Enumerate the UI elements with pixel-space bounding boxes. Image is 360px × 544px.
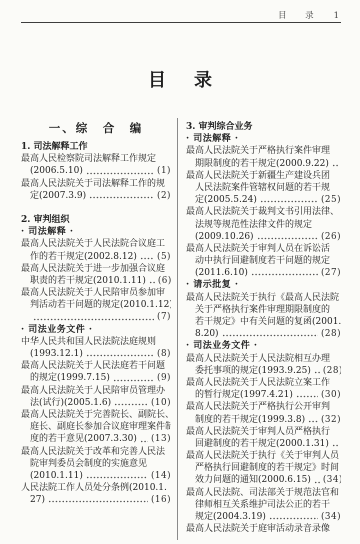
toc-entry: 最高人民法院关于庭审活动录音录像 [186, 523, 341, 535]
entry-line: 的暂行规定(1997.4.21)(30) [186, 389, 341, 401]
entry-line: 中华人民共和国人民法院法庭规则 [21, 336, 171, 348]
entry-page-number: (7) [157, 311, 171, 323]
entry-line: (2009.10.26)(26) [186, 231, 341, 243]
entry-line: 最高人民法院关于人民陪审员参加审 [21, 287, 171, 299]
entry-line: 最高人民法院关于人民法庭若干问题 [21, 360, 171, 372]
entry-page-number: (13) [151, 433, 171, 445]
dot-leader [113, 372, 154, 384]
dot-leader [140, 433, 148, 445]
entry-line: 人民法院案件管辖权问题的若干规 [186, 182, 341, 194]
category-label: · 司法解释 · [186, 133, 341, 145]
toc-entry: 最高人民法院关于新疆生产建设兵团人民法院案件管辖权问题的若干规定(2005.5.… [186, 170, 341, 207]
dot-leader [314, 365, 320, 377]
entry-line: 判活动若干问题的规定(2010.1.12) [21, 299, 171, 311]
entry-line: 27)(16) [21, 494, 171, 506]
entry-line-text: 法(试行)(2005.1.6) [30, 397, 111, 409]
category-label: · 司法解释 · [21, 226, 171, 238]
entry-line: 最高人民法院关于严格执行案件审理 [186, 145, 341, 157]
toc-entry: 最高人民法院关于改革和完善人民法院审判委员会制度的实施意见(2010.1.11)… [21, 446, 171, 483]
toc-entry: 最高人民法院关于审判人员在诉讼活动中执行回避制度若干问题的规定(2011.6.1… [186, 243, 341, 280]
entry-line: 最高人民法院关于司法解释工作的规 [21, 178, 171, 190]
dot-leader [86, 348, 154, 360]
entry-line: 职责的若干规定(2010.1.11)(6) [21, 275, 171, 287]
entry-line: 庭长、副庭长参加合议庭审理案件制 [21, 421, 171, 433]
toc-entry: 人民法院工作人员处分条例(2010.1.27)(16) [21, 482, 171, 506]
entry-line: 最高人民法院关于庭审活动录音录像 [186, 523, 341, 535]
dot-leader [296, 389, 318, 401]
entry-line-text: (1993.12.1) [30, 348, 83, 360]
entry-page-number: (34) [321, 511, 341, 523]
entry-line: 最高人民法院关于执行《最高人民法院 [186, 292, 341, 304]
entry-line: 最高人民法院关于审判人员在诉讼活 [186, 243, 341, 255]
category-label: · 请示批复 · [186, 279, 341, 291]
entry-line: (2010.1.11)(14) [21, 470, 171, 482]
dot-leader [257, 231, 318, 243]
entry-line: 最高人民法院关于新疆生产建设兵团 [186, 170, 341, 182]
entry-line-text: 的规定(1999.7.15) [30, 372, 110, 384]
entry-line-text: 度的若干意见(2007.3.30) [30, 433, 137, 445]
toc-entry: 中华人民共和国人民法院法庭规则(1993.12.1)(8) [21, 336, 171, 360]
dot-leader [140, 251, 154, 263]
toc-entry: 最高人民法院关于进一步加强合议庭职责的若干规定(2010.1.11)(6) [21, 263, 171, 287]
entry-line: 度的若干意见(2007.3.30)(13) [21, 433, 171, 445]
entry-line: 的规定(1999.7.15)(9) [21, 372, 171, 384]
dot-leader [86, 165, 154, 177]
entry-page-number: (27) [321, 267, 341, 279]
entry-line: 法规等规范性法律文件的规定 [186, 219, 341, 231]
entry-page-number: (14) [151, 470, 171, 482]
dot-leader [332, 158, 338, 170]
dot-leader [86, 470, 148, 482]
dot-leader [260, 194, 318, 206]
entry-line: 最高人民法院关于执行《关于审判人员 [186, 450, 341, 462]
entry-page-number: (25) [321, 194, 341, 206]
subsection-heading: 1. 司法解释工作 [21, 141, 171, 153]
entry-line: 效力问题的通知(2000.6.15)(34) [186, 474, 341, 486]
page-title: 目 录 [0, 66, 360, 92]
entry-line: 院审判委员会制度的实施意见 [21, 458, 171, 470]
entry-page-number: (6) [158, 275, 171, 287]
entry-page-number: (16) [151, 494, 171, 506]
entry-page-number: (1) [157, 165, 171, 177]
entry-line: 规定(2004.3.19)(34) [186, 511, 341, 523]
entry-line: (2006.5.10)(1) [21, 165, 171, 177]
toc-entry: 最高人民法院关于人民陪审员管理办法(试行)(2005.1.6)(10) [21, 385, 171, 409]
section-heading: 一、综 合 编 [21, 121, 171, 135]
entry-page-number: (28) [321, 328, 341, 340]
category-label: · 司法业务文件 · [186, 340, 341, 352]
toc-right-column: 3. 审判综合业务· 司法解释 ·最高人民法院关于严格执行案件审理期限制度的若干… [178, 118, 341, 540]
dot-leader [314, 474, 320, 486]
entry-line: 最高人民检察院司法解释工作规定 [21, 153, 171, 165]
dot-leader [149, 275, 155, 287]
toc-entry: 最高人民法院关于严格执行案件审理期限制度的若干规定(2000.9.22)(23) [186, 145, 341, 169]
entry-line: 法(试行)(2005.1.6)(10) [21, 397, 171, 409]
toc-entry: 最高人民法院关于裁判文书引用法律、法规等规范性法律文件的规定(2009.10.2… [186, 206, 341, 243]
entry-line: 动中执行回避制度若干问题的规定 [186, 255, 341, 267]
toc-entry: 最高人民法院关于人民法院相互办理委托事项的规定(1993.9.25)(28) [186, 353, 341, 377]
entry-line: 定(2005.5.24)(25) [186, 194, 341, 206]
entry-line: (7) [21, 311, 171, 323]
running-head: 目 录 1 [278, 9, 339, 21]
entry-line-text: 的暂行规定(1997.4.21) [195, 389, 293, 401]
toc-left-column: 一、综 合 编1. 司法解释工作最高人民检察院司法解释工作规定(2006.5.1… [21, 118, 171, 540]
entry-line: 最高人民法院关于人民法院立案工作 [186, 377, 341, 389]
entry-line-text: 期限制度的若干规定(2000.9.22) [195, 158, 329, 170]
entry-line: 关于严格执行案件审理期限制度的 [186, 304, 341, 316]
entry-line: 最高人民法院关于完善院长、副院长、 [21, 409, 171, 421]
entry-line: 8.20)(28) [186, 328, 341, 340]
entry-page-number: (26) [321, 231, 341, 243]
dot-leader [332, 438, 338, 450]
entry-line-text: (2009.10.26) [195, 231, 254, 243]
dot-leader [251, 267, 318, 279]
entry-line: 最高人民法院关于进一步加强合议庭 [21, 263, 171, 275]
toc-entry: 最高人民法院关于严格执行公开审判制度的若干规定(1999.3.8)(32) [186, 401, 341, 425]
entry-line: 最高人民法院关于改革和完善人民法 [21, 446, 171, 458]
header-rule [21, 22, 341, 23]
toc-entry: 最高人民法院关于执行《关于审判人员严格执行回避制度的若干规定》时间效力问题的通知… [186, 450, 341, 487]
toc-columns: 一、综 合 编1. 司法解释工作最高人民检察院司法解释工作规定(2006.5.1… [21, 118, 341, 540]
subsection-heading: 3. 审判综合业务 [186, 121, 341, 133]
dot-leader [269, 511, 318, 523]
toc-entry: 最高人民检察院司法解释工作规定(2006.5.10)(1) [21, 153, 171, 177]
running-head-title: 目 录 [278, 9, 319, 21]
entry-line-text: 定(2005.5.24) [195, 194, 257, 206]
entry-line-text: 作的若干规定(2002.8.12) [30, 251, 137, 263]
entry-line: 最高人民法院关于人民法院合议庭工 [21, 238, 171, 250]
toc-entry: 最高人民法院关于人民法院立案工作的暂行规定(1997.4.21)(30) [186, 377, 341, 401]
entry-line-text: 委托事项的规定(1993.9.25) [195, 365, 311, 377]
entry-line: 最高人民法院关于裁判文书引用法律、 [186, 206, 341, 218]
toc-entry: 最高人民法院关于审判人员严格执行回避制度的若干规定(2000.1.31)(33) [186, 426, 341, 450]
toc-entry: 最高人民法院关于人民法庭若干问题的规定(1999.7.15)(9) [21, 360, 171, 384]
toc-entry: 最高人民法院、司法部关于规范法官和律师相互关系维护司法公正的若干规定(2004.… [186, 487, 341, 524]
toc-entry: 最高人民法院关于人民法院合议庭工作的若干规定(2002.8.12)(5) [21, 238, 171, 262]
entry-line-text: 规定(2004.3.19) [195, 511, 266, 523]
dot-leader [48, 494, 148, 506]
dot-leader [222, 328, 318, 340]
entry-page-number: (30) [321, 389, 341, 401]
toc-entry: 最高人民法院关于司法解释工作的规定(2007.3.9)(2) [21, 178, 171, 202]
entry-line: 严格执行回避制度的若干规定》时间 [186, 462, 341, 474]
entry-page-number: (34) [323, 474, 341, 486]
entry-line-text: (2010.1.11) [30, 470, 83, 482]
entry-line: 律师相互关系维护司法公正的若干 [186, 499, 341, 511]
dot-leader [33, 311, 154, 323]
entry-line-text: 27) [30, 494, 45, 506]
entry-line: 最高人民法院关于人民陪审员管理办 [21, 385, 171, 397]
entry-line: 最高人民法院关于人民法院相互办理 [186, 353, 341, 365]
dot-leader [114, 397, 148, 409]
category-label: · 司法业务文件 · [21, 324, 171, 336]
entry-page-number: (28) [323, 365, 341, 377]
entry-line: (2011.6.10)(27) [186, 267, 341, 279]
entry-line-text: (2011.6.10) [195, 267, 248, 279]
entry-line: (1993.12.1)(8) [21, 348, 171, 360]
subsection-heading: 2. 审判组织 [21, 214, 171, 226]
entry-line-text: 8.20) [195, 328, 219, 340]
entry-line: 期限制度的若干规定(2000.9.22)(23) [186, 158, 341, 170]
entry-line: 最高人民法院关于审判人员严格执行 [186, 426, 341, 438]
entry-page-number: (2) [157, 190, 171, 202]
entry-page-number: (8) [157, 348, 171, 360]
entry-line-text: 回避制度的若干规定(2000.1.31) [195, 438, 329, 450]
entry-line: 若干规定》中有关问题的复函(2001. [186, 316, 341, 328]
entry-line-text: 职责的若干规定(2010.1.11) [30, 275, 146, 287]
entry-line: 定(2007.3.9)(2) [21, 190, 171, 202]
entry-line-text: 效力问题的通知(2000.6.15) [195, 474, 311, 486]
entry-line-text: 定(2007.3.9) [30, 190, 86, 202]
dot-leader [308, 414, 318, 426]
entry-line: 委托事项的规定(1993.9.25)(28) [186, 365, 341, 377]
entry-page-number: (10) [151, 397, 171, 409]
entry-page-number: (32) [321, 414, 341, 426]
toc-entry: 最高人民法院关于人民陪审员参加审判活动若干问题的规定(2010.1.12)(7) [21, 287, 171, 324]
toc-entry: 最高人民法院关于完善院长、副院长、庭长、副庭长参加合议庭审理案件制度的若干意见(… [21, 409, 171, 446]
entry-page-number: (5) [157, 251, 171, 263]
entry-line: 最高人民法院、司法部关于规范法官和 [186, 487, 341, 499]
entry-line: 制度的若干规定(1999.3.8)(32) [186, 414, 341, 426]
entry-line: 回避制度的若干规定(2000.1.31)(33) [186, 438, 341, 450]
running-head-page-number: 1 [334, 11, 339, 21]
entry-page-number: (9) [157, 372, 171, 384]
entry-line-text: 制度的若干规定(1999.3.8) [195, 414, 305, 426]
toc-entry: 最高人民法院关于执行《最高人民法院关于严格执行案件审理期限制度的若干规定》中有关… [186, 292, 341, 341]
entry-line: 人民法院工作人员处分条例(2010.1. [21, 482, 171, 494]
entry-line: 最高人民法院关于严格执行公开审判 [186, 401, 341, 413]
dot-leader [89, 190, 154, 202]
entry-line-text: (2006.5.10) [30, 165, 83, 177]
entry-line: 作的若干规定(2002.8.12)(5) [21, 251, 171, 263]
